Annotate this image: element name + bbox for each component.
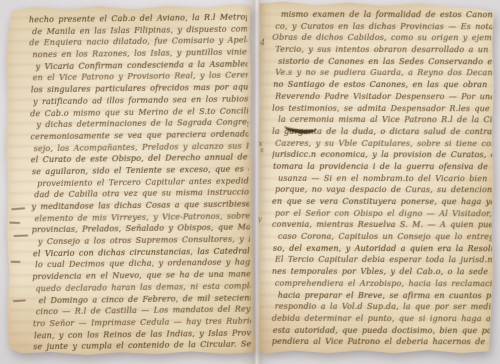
margin-dash	[9, 222, 20, 224]
photo-background: hecho presente el Cab.o del Aviano, la R…	[0, 0, 500, 364]
manuscript-line: El Tercio Capitular debia esperar toda l…	[275, 255, 492, 267]
manuscript-line: esta autoridad, que pueda doctisimo, bie…	[273, 325, 492, 337]
right-page-text: mismo examen de la formalidad de estos C…	[272, 10, 493, 352]
manuscript-line: Obras de dichos Cabildos, como su origen…	[272, 33, 492, 45]
margin-flourish-mark: 4	[260, 38, 265, 47]
left-page-text: hecho presente el Cab.o del Aviano, la R…	[29, 13, 251, 354]
manuscript-line: caso Corona, Capitulos un Consejo que lo…	[278, 232, 492, 244]
manuscript-line: en que se vera Constituyera ponerse, que…	[272, 197, 492, 209]
right-page: mismo examen de la formalidad de estos C…	[256, 0, 497, 357]
manuscript-line: mismo examen de la formalidad de estos C…	[272, 10, 492, 22]
manuscript-line: se junte y cumpla el contenido de la Cir…	[33, 340, 251, 355]
manuscript-line: tomara la providencia i de la guerra ofe…	[273, 162, 492, 174]
margin-flourish-mark: s	[260, 146, 264, 154]
manuscript-line: los testimonios, se admita Despensador R…	[272, 103, 492, 115]
left-page-paper: hecho presente el Cab.o del Aviano, la R…	[4, 2, 256, 357]
manuscript-line: no Santiago de estos Canones, en las que…	[273, 80, 492, 92]
left-page: hecho presente el Cab.o del Aviano, la R…	[4, 2, 256, 357]
manuscript-line: convenia, mientras Resuelva S. M. — A qu…	[272, 220, 492, 232]
margin-dash	[13, 299, 26, 301]
margin-dash	[11, 207, 25, 210]
margin-flourish-mark: y	[258, 215, 262, 223]
manuscript-line: pendiera al Vice Patrono el deberia hace…	[272, 337, 492, 349]
margin-dash	[13, 234, 28, 236]
margin-dash	[11, 261, 21, 263]
manuscript-line: porque, no vaya despacio de Curas, su de…	[275, 185, 492, 197]
manuscript-line: por el Señor con Obispo el digno — Al Vi…	[275, 209, 492, 221]
manuscript-line: Tercio, y sus intentos obraron desarroll…	[275, 45, 492, 57]
manuscript-line: usanza — Si en el nombram.to del Vicario…	[278, 173, 492, 185]
right-page-paper: mismo examen de la formalidad de estos C…	[256, 0, 497, 357]
manuscript-line: jurisdicc.n economica, y la provision de…	[272, 150, 492, 162]
manuscript-line: so, del examen, y Autoridad a quien era …	[273, 244, 492, 256]
manuscript-line: Reverendo Padre Visitador Despensero — P…	[275, 92, 492, 104]
manuscript-line: nes temporales por Vbles, y del Cab.o, o…	[272, 267, 492, 279]
manuscript-line: hacia preparar el Breve, se afirma en cu…	[278, 290, 492, 302]
manuscript-line: Ve.s y no se pudiera Guarda, a Reyno dos…	[275, 68, 492, 80]
manuscript-line: debida determinar el punto, que si ignor…	[272, 314, 492, 326]
manuscript-line: sistorio de Canones en las Sedes Conserv…	[278, 57, 492, 69]
manuscript-line: respondio a la Vol.d Sup.da, la que por …	[275, 302, 492, 314]
manuscript-line: Cazeres, y su Vble Capitulares, sobre si…	[275, 138, 492, 150]
manuscript-line: comprehendiera el Arzobispo, hacia las r…	[275, 279, 492, 291]
manuscript-line: co, y Curatos en las dichas Provincias —…	[275, 22, 492, 34]
